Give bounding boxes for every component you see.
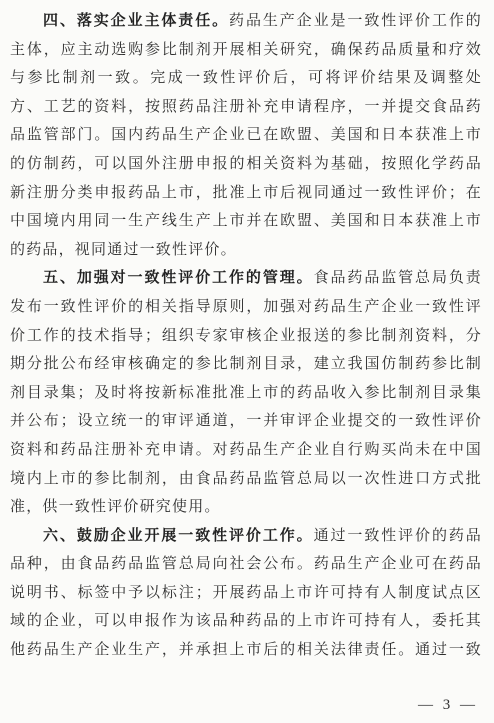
text-line: 主体，应主动选购参比制剂开展相关研究，确保药品质量和疗效: [10, 36, 482, 65]
body-text: 品种，由食品药品监管总局向社会公布。药品生产企业可在药品: [10, 556, 482, 572]
body-text: 食品药品监管总局负责: [314, 270, 482, 286]
text-line: 准，供一致性评价研究使用。: [10, 493, 482, 522]
body-text: 价工作的技术指导；组织专家审核企业报送的参比制剂资料，分: [10, 328, 482, 344]
body-text: 发布一致性评价的相关指导原则，加强对药品生产企业一致性评: [10, 299, 482, 315]
body-text: 通过一致性评价的药品: [314, 528, 482, 544]
body-text: 境内上市的参比制剂，由食品药品监管总局以一次性进口方式批: [10, 471, 482, 487]
body-text: 的仿制药，可以国外注册申报的相关资料为基础，按照化学药品: [10, 156, 482, 172]
text-line: 六、鼓励企业开展一致性评价工作。通过一致性评价的药品: [10, 522, 482, 551]
text-line: 域的企业，可以申报作为该品种药品的上市许可持有人，委托其: [10, 607, 482, 636]
page-number: — 3 —: [418, 697, 478, 714]
body-text: 新注册分类申报药品上市，批准上市后视同通过一致性评价；在: [10, 185, 482, 201]
text-line: 剂目录集；及时将按新标准批准上市的药品收入参比制剂目录集: [10, 379, 482, 408]
text-line: 四、落实企业主体责任。药品生产企业是一致性评价工作的: [10, 7, 482, 36]
body-text: 中国境内用同一生产线生产上市并在欧盟、美国和日本获准上市: [10, 213, 482, 229]
text-line: 说明书、标签中予以标注；开展药品上市许可持有人制度试点区: [10, 579, 482, 608]
text-line: 方、工艺的资料，按照药品注册补充申请程序，一并提交食品药: [10, 93, 482, 122]
body-text: 药品生产企业是一致性评价工作的: [229, 13, 482, 29]
text-line: 与参比制剂一致。完成一致性评价后，可将评价结果及调整处: [10, 64, 482, 93]
text-line: 中国境内用同一生产线生产上市并在欧盟、美国和日本获准上市: [10, 207, 482, 236]
text-line: 五、加强对一致性评价工作的管理。食品药品监管总局负责: [10, 264, 482, 293]
section-heading: 五、加强对一致性评价工作的管理。: [43, 270, 314, 286]
text-line: 期分批公布经审核确定的参比制剂目录，建立我国仿制药参比制: [10, 350, 482, 379]
body-text: 域的企业，可以申报作为该品种药品的上市许可持有人，委托其: [10, 613, 482, 629]
text-line: 品种，由食品药品监管总局向社会公布。药品生产企业可在药品: [10, 550, 482, 579]
text-line: 价工作的技术指导；组织专家审核企业报送的参比制剂资料，分: [10, 322, 482, 351]
body-text: 剂目录集；及时将按新标准批准上市的药品收入参比制剂目录集: [10, 385, 482, 401]
text-line: 品监管部门。国内药品生产企业已在欧盟、美国和日本获准上市: [10, 121, 482, 150]
body-text: 并公布；设立统一的审评通道，一并审评企业提交的一致性评价: [10, 413, 482, 429]
text-line: 的药品，视同通过一致性评价。: [10, 236, 482, 265]
body-text: 的药品，视同通过一致性评价。: [10, 242, 237, 258]
body-text: 品监管部门。国内药品生产企业已在欧盟、美国和日本获准上市: [10, 127, 482, 143]
document-page: 四、落实企业主体责任。药品生产企业是一致性评价工作的主体，应主动选购参比制剂开展…: [0, 0, 494, 723]
text-line: 资料和药品注册补充申请。对药品生产企业自行购买尚未在中国: [10, 436, 482, 465]
section-heading: 四、落实企业主体责任。: [43, 13, 229, 29]
text-line: 他药品生产企业生产，并承担上市后的相关法律责任。通过一致: [10, 636, 482, 665]
body-text: 主体，应主动选购参比制剂开展相关研究，确保药品质量和疗效: [10, 42, 482, 58]
body-text: 说明书、标签中予以标注；开展药品上市许可持有人制度试点区: [10, 585, 482, 601]
body-text: 资料和药品注册补充申请。对药品生产企业自行购买尚未在中国: [10, 442, 482, 458]
text-line: 的仿制药，可以国外注册申报的相关资料为基础，按照化学药品: [10, 150, 482, 179]
text-line: 境内上市的参比制剂，由食品药品监管总局以一次性进口方式批: [10, 465, 482, 494]
body-text: 期分批公布经审核确定的参比制剂目录，建立我国仿制药参比制: [10, 356, 482, 372]
body-text: 方、工艺的资料，按照药品注册补充申请程序，一并提交食品药: [10, 99, 482, 115]
text-line: 新注册分类申报药品上市，批准上市后视同通过一致性评价；在: [10, 179, 482, 208]
document-text: 四、落实企业主体责任。药品生产企业是一致性评价工作的主体，应主动选购参比制剂开展…: [10, 7, 482, 665]
text-line: 并公布；设立统一的审评通道，一并审评企业提交的一致性评价: [10, 407, 482, 436]
section-heading: 六、鼓励企业开展一致性评价工作。: [43, 528, 314, 544]
body-text: 准，供一致性评价研究使用。: [10, 499, 221, 515]
text-line: 发布一致性评价的相关指导原则，加强对药品生产企业一致性评: [10, 293, 482, 322]
body-text: 他药品生产企业生产，并承担上市后的相关法律责任。通过一致: [10, 642, 482, 658]
body-text: 与参比制剂一致。完成一致性评价后，可将评价结果及调整处: [10, 70, 482, 86]
